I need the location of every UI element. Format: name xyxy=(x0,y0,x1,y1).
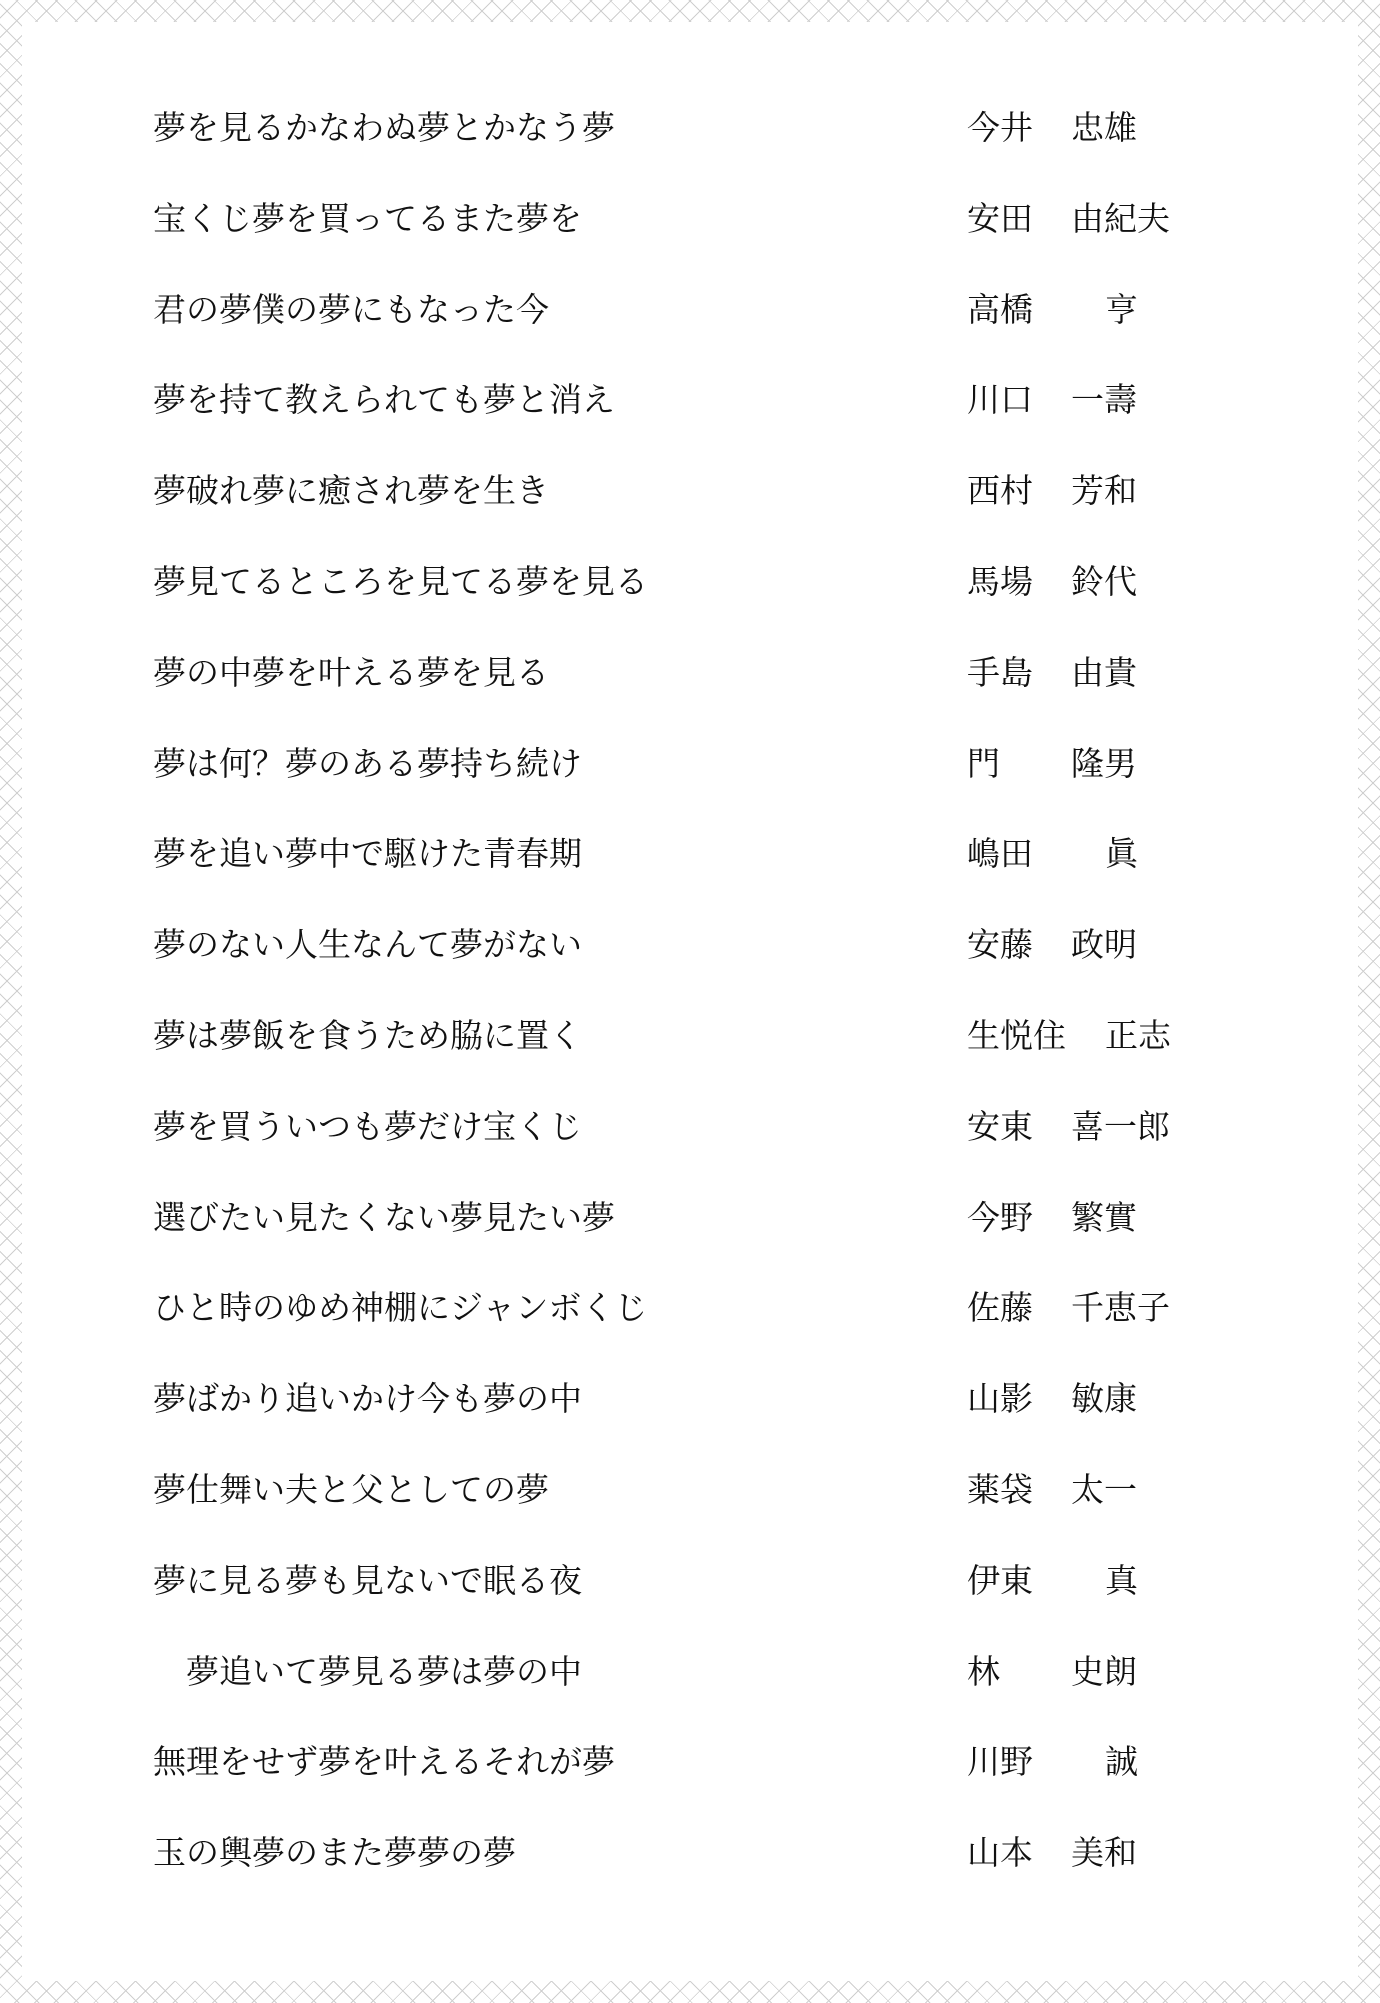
author-given-name: 喜一郎 xyxy=(1071,1101,1207,1153)
author-surname: 嶋田 xyxy=(967,828,1071,880)
author-name: 林史朗 xyxy=(967,1646,1207,1698)
list-item: ひと時のゆめ神棚にジャンボくじ 佐藤千恵子 xyxy=(153,1282,1253,1373)
verse-text: 宝くじ夢を買ってるまた夢を xyxy=(153,193,582,245)
author-surname: 門 xyxy=(967,738,1071,790)
author-name: 川口一壽 xyxy=(967,374,1207,426)
author-name: 安田由紀夫 xyxy=(967,193,1207,245)
author-name: 川野誠 xyxy=(967,1736,1207,1788)
list-item: 宝くじ夢を買ってるまた夢を 安田由紀夫 xyxy=(153,193,1253,284)
author-given-name: 千恵子 xyxy=(1071,1282,1207,1334)
list-item: 夢追いて夢見る夢は夢の中 林史朗 xyxy=(153,1646,1253,1737)
author-surname: 安田 xyxy=(967,193,1071,245)
author-name: 薬袋太一 xyxy=(967,1464,1207,1516)
list-item: 夢の中夢を叶える夢を見る 手島由貴 xyxy=(153,647,1253,738)
author-name: 嶋田眞 xyxy=(967,828,1207,880)
senryu-list: 夢を見るかなわぬ夢とかなう夢 今井忠雄 宝くじ夢を買ってるまた夢を 安田由紀夫 … xyxy=(153,102,1253,1918)
author-name: 今野繁實 xyxy=(967,1192,1207,1244)
author-name: 佐藤千恵子 xyxy=(967,1282,1207,1334)
list-item: 玉の輿夢のまた夢夢の夢 山本美和 xyxy=(153,1827,1253,1918)
verse-text: 夢の中夢を叶える夢を見る xyxy=(153,647,549,699)
list-item: 夢ばかり追いかけ今も夢の中 山影敏康 xyxy=(153,1373,1253,1464)
author-surname: 生悦住 xyxy=(967,1010,1105,1062)
author-surname: 手島 xyxy=(967,647,1071,699)
author-name: 安藤政明 xyxy=(967,919,1207,971)
author-given-name: 亨 xyxy=(1071,284,1207,336)
author-surname: 西村 xyxy=(967,465,1071,517)
list-item: 夢に見る夢も見ないで眠る夜 伊東真 xyxy=(153,1555,1253,1646)
verse-text: 夢を見るかなわぬ夢とかなう夢 xyxy=(153,102,615,154)
verse-text: 夢は夢飯を食うため脇に置く xyxy=(153,1010,582,1062)
author-surname: 山本 xyxy=(967,1827,1071,1879)
document-page: { "entries": [ {"verse": "夢を見るかなわぬ夢とかなう夢… xyxy=(0,0,1380,2003)
author-name: 門隆男 xyxy=(967,738,1207,790)
verse-text: 選びたい見たくない夢見たい夢 xyxy=(153,1192,615,1244)
verse-text: 夢は何？夢のある夢持ち続け xyxy=(153,738,582,790)
author-surname: 安東 xyxy=(967,1101,1071,1153)
verse-text: 玉の輿夢のまた夢夢の夢 xyxy=(153,1827,516,1879)
author-surname: 今野 xyxy=(967,1192,1071,1244)
list-item: 無理をせず夢を叶えるそれが夢 川野誠 xyxy=(153,1736,1253,1827)
list-item: 夢見てるところを見てる夢を見る 馬場鈴代 xyxy=(153,556,1253,647)
list-item: 夢は何？夢のある夢持ち続け 門隆男 xyxy=(153,738,1253,829)
author-given-name: 眞 xyxy=(1071,828,1207,880)
author-surname: 伊東 xyxy=(967,1555,1071,1607)
author-given-name: 政明 xyxy=(1071,919,1207,971)
verse-text: 君の夢僕の夢にもなった今 xyxy=(153,284,549,336)
author-given-name: 正志 xyxy=(1105,1010,1241,1062)
author-surname: 高橋 xyxy=(967,284,1071,336)
author-surname: 山影 xyxy=(967,1373,1071,1425)
list-item: 夢を持て教えられても夢と消え 川口一壽 xyxy=(153,374,1253,465)
verse-text: 夢ばかり追いかけ今も夢の中 xyxy=(153,1373,582,1425)
verse-text: ひと時のゆめ神棚にジャンボくじ xyxy=(153,1282,647,1334)
verse-text: 夢を買ういつも夢だけ宝くじ xyxy=(153,1101,582,1153)
author-given-name: 繁實 xyxy=(1071,1192,1207,1244)
author-given-name: 真 xyxy=(1071,1555,1207,1607)
list-item: 夢を買ういつも夢だけ宝くじ 安東喜一郎 xyxy=(153,1101,1253,1192)
author-name: 安東喜一郎 xyxy=(967,1101,1207,1153)
author-name: 手島由貴 xyxy=(967,647,1207,699)
verse-text: 夢を持て教えられても夢と消え xyxy=(153,374,615,426)
author-name: 今井忠雄 xyxy=(967,102,1207,154)
author-name: 山影敏康 xyxy=(967,1373,1207,1425)
author-given-name: 由貴 xyxy=(1071,647,1207,699)
author-given-name: 敏康 xyxy=(1071,1373,1207,1425)
list-item: 君の夢僕の夢にもなった今 高橋亨 xyxy=(153,284,1253,375)
list-item: 夢を追い夢中で駆けた青春期 嶋田眞 xyxy=(153,828,1253,919)
author-name: 西村芳和 xyxy=(967,465,1207,517)
author-surname: 今井 xyxy=(967,102,1071,154)
author-given-name: 由紀夫 xyxy=(1071,193,1207,245)
author-surname: 川口 xyxy=(967,374,1071,426)
author-surname: 林 xyxy=(967,1646,1071,1698)
author-surname: 馬場 xyxy=(967,556,1071,608)
author-surname: 安藤 xyxy=(967,919,1071,971)
author-surname: 佐藤 xyxy=(967,1282,1071,1334)
author-given-name: 誠 xyxy=(1071,1736,1207,1788)
verse-text: 夢仕舞い夫と父としての夢 xyxy=(153,1464,549,1516)
author-name: 生悦住正志 xyxy=(967,1010,1241,1062)
author-given-name: 芳和 xyxy=(1071,465,1207,517)
author-given-name: 美和 xyxy=(1071,1827,1207,1879)
author-given-name: 史朗 xyxy=(1071,1646,1207,1698)
verse-text: 夢を追い夢中で駆けた青春期 xyxy=(153,828,582,880)
verse-text: 夢見てるところを見てる夢を見る xyxy=(153,556,648,608)
author-given-name: 太一 xyxy=(1071,1464,1207,1516)
author-given-name: 鈴代 xyxy=(1071,556,1207,608)
verse-text: 夢破れ夢に癒され夢を生き xyxy=(153,465,549,517)
list-item: 夢破れ夢に癒され夢を生き 西村芳和 xyxy=(153,465,1253,556)
list-item: 夢のない人生なんて夢がない 安藤政明 xyxy=(153,919,1253,1010)
author-name: 馬場鈴代 xyxy=(967,556,1207,608)
author-name: 高橋亨 xyxy=(967,284,1207,336)
author-name: 伊東真 xyxy=(967,1555,1207,1607)
list-item: 選びたい見たくない夢見たい夢 今野繁實 xyxy=(153,1192,1253,1283)
verse-text: 夢に見る夢も見ないで眠る夜 xyxy=(153,1555,582,1607)
verse-text: 夢のない人生なんて夢がない xyxy=(153,919,582,971)
author-given-name: 一壽 xyxy=(1071,374,1207,426)
list-item: 夢は夢飯を食うため脇に置く 生悦住正志 xyxy=(153,1010,1253,1101)
page-content: 夢を見るかなわぬ夢とかなう夢 今井忠雄 宝くじ夢を買ってるまた夢を 安田由紀夫 … xyxy=(22,22,1358,1981)
verse-text: 無理をせず夢を叶えるそれが夢 xyxy=(153,1736,615,1788)
list-item: 夢を見るかなわぬ夢とかなう夢 今井忠雄 xyxy=(153,102,1253,193)
author-surname: 薬袋 xyxy=(967,1464,1071,1516)
author-given-name: 忠雄 xyxy=(1071,102,1207,154)
author-name: 山本美和 xyxy=(967,1827,1207,1879)
verse-text: 夢追いて夢見る夢は夢の中 xyxy=(153,1646,582,1698)
list-item: 夢仕舞い夫と父としての夢 薬袋太一 xyxy=(153,1464,1253,1555)
author-given-name: 隆男 xyxy=(1071,738,1207,790)
author-surname: 川野 xyxy=(967,1736,1071,1788)
